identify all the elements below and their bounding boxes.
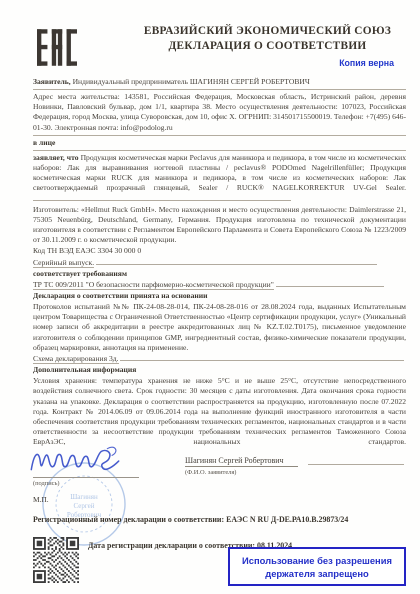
fio-caption: (Ф.И.О. заявителя) [185,469,406,476]
declaration-scheme: Схема декларирования 3д. [33,354,119,364]
serial-issue: Серийный выпуск. [33,258,94,268]
signature-caption: (подпись) [33,480,183,487]
applicant-label: Заявитель, [33,77,71,86]
serial-issue-row: Серийный выпуск. [33,258,406,268]
eac-logo-icon [37,27,77,68]
ruled-line [96,258,377,265]
ruled-line [308,459,404,465]
applicant-address: Адрес места жительства: 143581, Российск… [33,92,406,136]
handwritten-signature [27,443,123,481]
additional-info-label-row: Дополнительная информация [33,365,406,375]
scheme-row: Схема декларирования 3д. [33,354,406,364]
tnved-code: Код ТН ВЭД ЕАЭС 3304 30 000 0 [33,246,406,256]
qr-code-icon [33,537,79,583]
regulation-reference: ТР ТС 009/2011 "О безопасности парфюмерн… [33,280,274,290]
applicant-value: Индивидуальный предприниматель ШАГИНЯН С… [73,77,310,86]
ruled-line [33,194,291,201]
conforms-label-row: соответствует требованиям [33,269,406,279]
copy-verified-note: Копия верна [33,58,406,68]
regulation-row: ТР ТС 009/2011 "О безопасности парфюмерн… [33,280,406,290]
applicant-fio: Шагинян Сергей Робертович [185,456,298,467]
product-declaration: заявляет, что Продукция косметическая ма… [33,153,406,204]
mp-label: М.П. [33,495,183,504]
reg-number-label: Регистрационный номер декларации о соотв… [33,515,224,524]
ruled-line [276,280,384,287]
signature-line [33,477,139,478]
document-header: ЕВРАЗИЙСКИЙ ЭКОНОМИЧЕСКИЙ СОЮЗ ДЕКЛАРАЦИ… [33,24,406,68]
page-title-line2: ДЕКЛАРАЦИЯ О СООТВЕТСТВИИ [129,39,406,54]
usage-restriction-box: Использование без разрешения держателя з… [228,547,406,586]
usage-restriction-text: Использование без разрешения держателя з… [230,554,404,580]
in-person-row: в лице [33,138,406,151]
additional-info-text: Условия хранения: температура хранения н… [33,376,406,447]
applicant-row: Заявитель, Индивидуальный предпринимател… [33,77,406,90]
product-description: Продукция косметическая марки Peclavus д… [33,153,406,192]
page-title-line1: ЕВРАЗИЙСКИЙ ЭКОНОМИЧЕСКИЙ СОЮЗ [129,24,406,39]
manufacturer-info: Изготовитель: «Hellmut Ruck GmbH». Место… [33,205,406,246]
basis-text: Протоколов испытаний №№ ПК-24-08-28-014,… [33,302,406,353]
reg-number-value: ЕАЭС N RU Д-DE.РА10.В.29873/24 [226,515,348,524]
declares-label: заявляет, что [33,153,79,162]
basis-label-row: Декларация о соответствии принята на осн… [33,291,406,301]
signature-block: Шагинян Сергей Робертович (подпись) М.П.… [33,447,406,513]
document-body: Заявитель, Индивидуальный предпринимател… [33,77,406,447]
in-person-label: в лице [33,138,55,147]
registration-number-row: Регистрационный номер декларации о соотв… [33,515,406,524]
declaration-document: ЕВРАЗИЙСКИЙ ЭКОНОМИЧЕСКИЙ СОЮЗ ДЕКЛАРАЦИ… [0,0,420,594]
ruled-line [120,354,404,361]
